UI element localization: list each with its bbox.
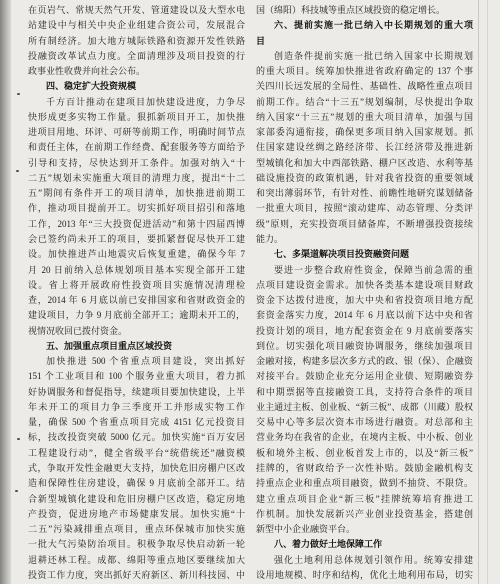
text-line: 套资金落实力度，2014 年 6 月底以前下达中央和省 [256,308,473,323]
text-line: 投资计划的项目，地方配套资金在 9 月底前要落实 [256,324,473,339]
text-line: 合新型城镇化建设和危旧房棚户区改造，稳定房地 [28,492,245,507]
text-line: 建立重点项目企业“新三板”挂牌统筹培育推进工 [256,492,473,507]
text-line: 好协调服务和督促指导，续建项目要加快建设，上半 [28,385,245,400]
text-line: 站建设中与相关中央企业组建合资公司，发展混合 [28,18,245,33]
text-line: 一批重大项目，按照“滚动建库、动态管理、分类评 [256,201,473,216]
section-heading-line: 目 [256,34,473,49]
text-line: 业主通过主板、创业板、“新三板”、成都（川藏）股权 [256,400,473,415]
text-line: 视情况收回已拨付资金。 [28,324,245,339]
text-line: 作，推动项目提前开工。切实抓好项目招引和落地 [28,201,245,216]
left-column: 在页岩气、常规天然气开发、管道建设以及大型水电站建设中与相关中央企业组建合资公司… [28,3,245,584]
text-line: 投融资改革试点力度。全面清理涉及项目投资的行 [28,49,245,64]
text-line: 引导和支持，尽快达到开工条件。加强对纳入“十 [28,156,245,171]
text-line: 家部委沟通衔接，确保更多项目纳入国家规划。抓 [256,125,473,140]
text-line: 点项目建设资金需求。加快各类基本建设项目财政 [256,278,473,293]
text-line: 关四川长远发展的全局性、基础性、战略性重点项目 [256,79,473,94]
text-line: 作机制。加快发展新兴产业创业投资基金，搭建创 [256,507,473,522]
text-line: 和责任主体，在前期工作经费、配套服务等方面给予 [28,140,245,155]
text-line: 要进一步整合政府性资金，保障当前急需的重 [256,263,473,278]
text-line: 板和境外主板、创业板首发上市的，以及“新三板” [256,446,473,461]
section-heading-line: 八、着力做好土地保障工作 [256,537,473,552]
section-heading-line: 七、多渠道解决项目投资融资问题 [256,247,473,262]
text-line: 会已签约尚未开工的项目，要抓紧督促尽快开工建 [28,232,245,247]
text-line: 千方百计推动在建项目加快建设进度，力争尽 [28,95,245,110]
text-line: 二五”污染减排重点项目，重点环保城市加快实施 [28,522,245,537]
text-line: 造和保障性住房建设，确保 9 月底前全部开工。结 [28,476,245,491]
section-heading-line: 四、稳定扩大投资规模 [28,79,245,94]
text-line: 新型中小企业融资平台。 [256,522,473,537]
text-line: 产投资，促进房地产市场健康发展。加快实施“十 [28,507,245,522]
right-column: 国（绵阳）科技城等重点区域投资的稳定增长。六、提前实施一批已纳入中长期规划的重大… [256,3,473,584]
text-line: 退耕还林工程。成都、绵阳等重点地区要继续加大 [28,553,245,568]
text-line: 年未开工的项目力争三季度开工并形成实物工作 [28,400,245,415]
text-line: 政事业性收费并向社会公布。 [28,64,245,79]
text-line: 型城镇化和加大中西部铁路、棚户区改造、水利等基 [256,156,473,171]
text-line: 加快推进 500 个省重点项目建设，突出抓好 [28,354,245,369]
text-line: 创造条件提前实施一批已纳入国家中长期规划 [256,49,473,64]
text-line: 和突出薄弱环节，有针对性、前瞻性地研究谋划储备 [256,186,473,201]
text-line: 量，确保 500 个省重点项目完成 4151 亿元投资目 [28,415,245,430]
text-line: 的重大项目。统筹加快推进省政府确定的 137 个事 [256,64,473,79]
text-line: 营业务均在我省的企业，在境内主板、中小板、创业 [256,430,473,445]
text-line: 工程建设行动”，健全省级平台“统借统还”融资模 [28,446,245,461]
section-heading-line: 五、加强重点项目重点区域投资 [28,339,245,354]
text-line: 在页岩气、常规天然气开发、管道建设以及大型水电 [28,3,245,18]
text-line: 国（绵阳）科技城等重点区域投资的稳定增长。 [256,3,473,18]
text-line: 工作，2013 年“三大投资促进活动”和第十四届西博 [28,217,245,232]
text-line: 设用地规模、时序和结构，优化土地利用布局，切实 [256,568,473,583]
text-line: 资金下达拨付进度，加大中央和省投资项目地方配 [256,293,473,308]
text-line: 月 20 日前纳入总体规划项目基本实现全部开工建 [28,263,245,278]
text-line: 查，2014 年 6 月底以前已安排国家和省财政资金的 [28,293,245,308]
section-heading-line: 六、提前实施一批已纳入中长期规划的重大项 [256,18,473,33]
text-line: 二五”规划未实施重大项目的清理力度，提出“十二 [28,171,245,186]
text-line: 级”原则，充实投资项目储备库，不断增强投资接续 [256,217,473,232]
text-line: 挂牌的，省财政给予一次性补贴。鼓励金融机构支 [256,461,473,476]
text-line: 投资工作力度，突出抓好天府新区、新川科技园、中 [28,568,245,583]
text-line: 快形成更多实物工作量。狠抓新项目开工，加快推 [28,110,245,125]
text-line: 持重点企业和重点项目融资，做到不抽贷、不限贷。 [256,476,473,491]
text-line: 住国家建设丝绸之路经济带、长江经济带及推进新 [256,140,473,155]
text-line: 式，争取开发性金融更大支持，加快危旧房棚户区改 [28,461,245,476]
text-line: 一批大气污染防治项目。积极争取尽快启动新一轮 [28,537,245,552]
text-line: 进项目用地、环评、可研等前期工作，明确时间节点 [28,125,245,140]
text-line: 到位。切实强化项目融资协调服务，继续加强项目 [256,339,473,354]
text-line: 151 个工业项目和 100 个服务业重大项目，着力抓 [28,369,245,384]
text-line: 础设施投资的政策机遇，针对我省投资的重要领域 [256,171,473,186]
text-line: 纳入国家“十三五”规划的重大项目清单，加强与国 [256,110,473,125]
text-line: 设。加快推进芦山地震灾后恢复重建，确保今年 7 [28,247,245,262]
text-line: 对接平台。鼓励企业充分运用企业债、短期融资券 [256,369,473,384]
text-line: 能力。 [256,232,473,247]
text-line: 建设项目，力争 9 月底前全部开工；逾期未开工的， [28,308,245,323]
text-line: 前期工作。结合“十三五”规划编制，尽快提出争取 [256,95,473,110]
text-line: 标，技改投资突破 5000 亿元。加快实施“百万安居 [28,430,245,445]
text-line: 和中期票据等直接融资工具，支持符合条件的项目 [256,385,473,400]
text-line: 强化土地利用总体规划引领作用。统筹安排建 [256,553,473,568]
document-page: 在页岩气、常规天然气开发、管道建设以及大型水电站建设中与相关中央企业组建合资公司… [0,0,500,584]
text-line: 五”期间有条件开工的项目清单，加快推进前期工 [28,186,245,201]
text-line: 交易中心等多层次资本市场进行融资。对总部和主 [256,415,473,430]
text-line: 所有制经济。加大地方城际铁路和资源开发性铁路 [28,34,245,49]
text-line: 金融对接，构建多层次多方式的政、银（保）、企融资 [256,354,473,369]
text-line: 设。省上将开展政府性投资项目实施情况清理检 [28,278,245,293]
